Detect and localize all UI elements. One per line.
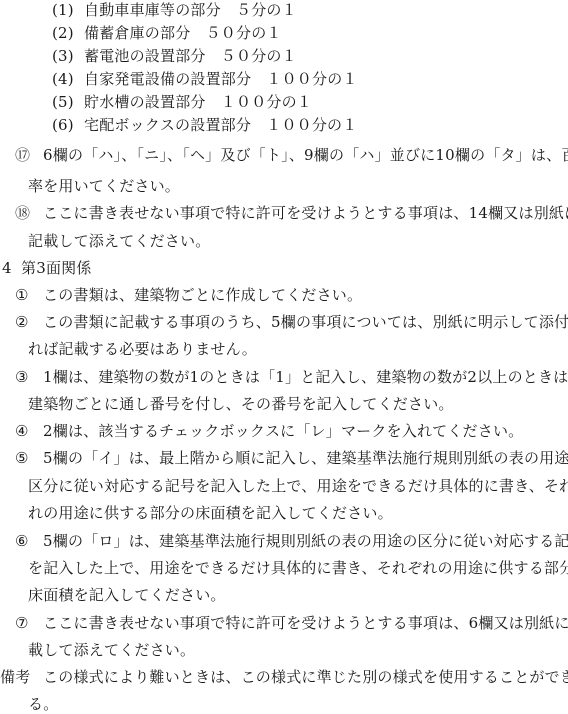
sub-item-marker: (4) <box>52 70 74 88</box>
section-item-1: ① この書類は、建築物ごとに作成してください。 <box>15 285 29 305</box>
sub-item-text: 宅配ボックスの設置部分 １００分の１ <box>84 115 357 135</box>
item-17-continuation: 率を用いてください。 <box>28 176 180 196</box>
sub-item-text: 貯水槽の設置部分 １００分の１ <box>84 92 312 112</box>
item-text: 5欄の「ロ」は、建築基準法施行規則別紙の表の用途の区分に従い対応する記号 <box>43 531 568 551</box>
sub-item-marker: (5) <box>52 93 74 111</box>
section-item-7-continuation: 載して添えてください。 <box>28 640 195 660</box>
section-item-6-continuation-2: 床面積を記入してください。 <box>28 585 226 605</box>
item-text: 2欄は、該当するチェックボックスに「レ」マークを入れてください。 <box>43 421 523 441</box>
sub-item-6: (6) 宅配ボックスの設置部分 １００分の１ <box>52 115 74 135</box>
item-marker: ⑦ <box>15 614 29 632</box>
sub-item-text: 備蓄倉庫の部分 ５０分の１ <box>84 23 282 43</box>
item-marker: ① <box>15 286 29 304</box>
item-text: 1欄は、建築物の数が1のときは「1」と記入し、建築物の数が2以上のときは、 <box>43 367 568 387</box>
remarks-text: この様式により難いときは、この様式に準じた別の様式を使用することができ <box>43 667 568 687</box>
item-18-continuation: 記載して添えてください。 <box>28 231 210 251</box>
section-item-7: ⑦ ここに書き表せない事項で特に許可を受けようとする事項は、6欄又は別紙に記 <box>15 613 29 633</box>
item-text: この書類は、建築物ごとに作成してください。 <box>43 285 362 305</box>
item-text: この書類に記載する事項のうち、5欄の事項については、別紙に明示して添付す <box>43 312 568 332</box>
item-marker: ② <box>15 313 29 331</box>
item-text: ここに書き表せない事項で特に許可を受けようとする事項は、14欄又は別紙に <box>43 203 568 223</box>
sub-item-marker: (6) <box>52 116 74 134</box>
remarks-label: 備考 <box>0 668 30 686</box>
sub-item-5: (5) 貯水槽の設置部分 １００分の１ <box>52 92 74 112</box>
section-item-5: ⑤ 5欄の「イ」は、最上階から順に記入し、建築基準法施行規則別紙の表の用途の <box>15 448 29 468</box>
sub-item-text: 自動車車庫等の部分 ５分の１ <box>84 0 297 20</box>
item-18: ⑱ ここに書き表せない事項で特に許可を受けようとする事項は、14欄又は別紙に <box>15 203 30 223</box>
sub-item-text: 蓄電池の設置部分 ５０分の１ <box>84 46 297 66</box>
item-marker: ⑱ <box>15 204 30 222</box>
item-marker: ④ <box>15 422 29 440</box>
sub-item-marker: (3) <box>52 47 74 65</box>
remarks-continuation: る。 <box>28 694 58 714</box>
section-item-6: ⑥ 5欄の「ロ」は、建築基準法施行規則別紙の表の用途の区分に従い対応する記号 <box>15 531 29 551</box>
section-heading: 4 第3面関係 <box>2 258 12 278</box>
item-text: 5欄の「イ」は、最上階から順に記入し、建築基準法施行規則別紙の表の用途の <box>43 448 568 468</box>
section-item-4: ④ 2欄は、該当するチェックボックスに「レ」マークを入れてください。 <box>15 421 29 441</box>
sub-item-3: (3) 蓄電池の設置部分 ５０分の１ <box>52 46 74 66</box>
item-text: 6欄の「ハ」、「ニ」、「ヘ」及び「ト」、9欄の「ハ」並びに10欄の「タ」は、百分 <box>43 145 568 165</box>
section-item-2: ② この書類に記載する事項のうち、5欄の事項については、別紙に明示して添付す <box>15 312 29 332</box>
section-item-5-continuation-2: れの用途に供する部分の床面積を記入してください。 <box>28 503 393 523</box>
sub-item-marker: (1) <box>52 1 74 19</box>
item-17: ⑰ 6欄の「ハ」、「ニ」、「ヘ」及び「ト」、9欄の「ハ」並びに10欄の「タ」は、… <box>15 145 30 165</box>
item-marker: ⑰ <box>15 146 30 164</box>
sub-item-4: (4) 自家発電設備の設置部分 １００分の１ <box>52 69 74 89</box>
section-title: 第3面関係 <box>21 258 92 278</box>
section-item-2-continuation: れば記載する必要はありません。 <box>28 339 257 359</box>
section-item-3-continuation: 建築物ごとに通し番号を付し、その番号を記入してください。 <box>28 394 454 414</box>
section-item-6-continuation-1: を記入した上で、用途をできるだけ具体的に書き、それぞれの用途に供する部分の <box>28 558 568 578</box>
remarks: 備考 この様式により難いときは、この様式に準じた別の様式を使用することができ <box>0 667 30 687</box>
section-number: 4 <box>2 259 12 277</box>
sub-item-text: 自家発電設備の設置部分 １００分の１ <box>84 69 358 89</box>
sub-item-marker: (2) <box>52 24 74 42</box>
document-page: (1) 自動車車庫等の部分 ５分の１ (2) 備蓄倉庫の部分 ５０分の１ (3)… <box>0 0 568 714</box>
sub-item-2: (2) 備蓄倉庫の部分 ５０分の１ <box>52 23 74 43</box>
item-marker: ③ <box>15 368 29 386</box>
item-marker: ⑤ <box>15 449 29 467</box>
section-item-5-continuation-1: 区分に従い対応する記号を記入した上で、用途をできるだけ具体的に書き、それぞ <box>28 476 568 496</box>
section-item-3: ③ 1欄は、建築物の数が1のときは「1」と記入し、建築物の数が2以上のときは、 <box>15 367 29 387</box>
item-text: ここに書き表せない事項で特に許可を受けようとする事項は、6欄又は別紙に記 <box>43 613 568 633</box>
item-marker: ⑥ <box>15 532 29 550</box>
sub-item-1: (1) 自動車車庫等の部分 ５分の１ <box>52 0 74 20</box>
